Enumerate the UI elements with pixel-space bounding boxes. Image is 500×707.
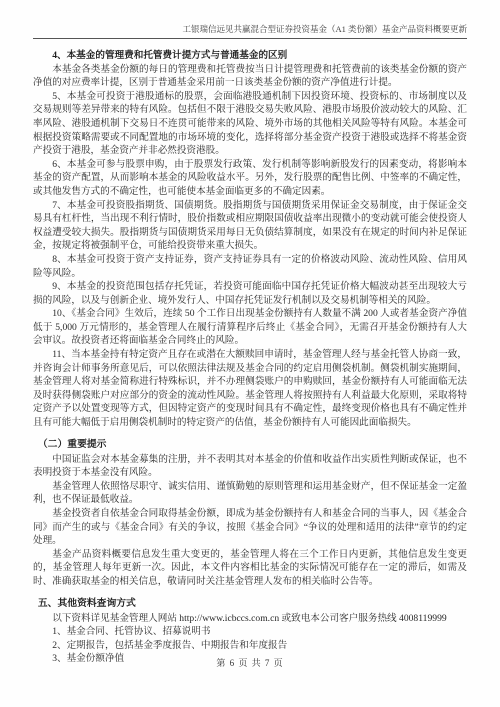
notice-paragraph-1: 中国证监会对本基金募集的注册，并不表明其对本基金的价值和收益作出实质性判断或保证… [33, 453, 467, 480]
notice-paragraph-3: 基金投资者自依基金合同取得基金份额，即成为基金份额持有人和基金合同的当事人，因《… [33, 507, 467, 548]
document-body: 4、本基金的管理费和托管费计提方式与普通基金的区别 本基金各类基金份额的每日的管… [33, 49, 467, 666]
section-notice-heading: （二）重要提示 [33, 438, 467, 452]
risk-paragraph-5: 5、本基金可投资于港股通标的股票，会面临港股通机制下因投资环境、投资标的、市场制… [33, 90, 467, 158]
risk-paragraph-6: 6、本基金可参与股票申购，由于股票发行政策、发行机制等影响新股发行的因素变动，将… [33, 158, 467, 199]
notice-paragraph-4: 基金产品资料概要信息发生重大变更的，基金管理人将在三个工作日内更新，其他信息发生… [33, 548, 467, 589]
risk-item-4-heading: 4、本基金的管理费和托管费计提方式与普通基金的区别 [33, 49, 467, 63]
page-header-title: 工银瑞信远见共赢混合型证券投资基金（A1 类份额）基金产品资料概要更新 [33, 24, 467, 35]
risk-paragraph-4-body: 本基金各类基金份额的每日的管理费和托管费按当日计提管理费和托管费前的该类基金份额… [33, 63, 467, 90]
query-item-2: 2、定期报告，包括基金季度报告、中期报告和年度报告 [33, 639, 467, 653]
query-intro-line: 以下资料详见基金管理人网站 http://www.icbccs.com.cn 或… [33, 612, 467, 626]
risk-paragraph-7: 7、本基金可投资股指期货、国债期货。股指期货与国债期货采用保证金交易制度，由于保… [33, 199, 467, 253]
notice-paragraph-2: 基金管理人依照恪尽职守、诚实信用、谨慎勤勉的原则管理和运用基金财产，但不保证基金… [33, 480, 467, 507]
document-page: 工银瑞信远见共赢混合型证券投资基金（A1 类份额）基金产品资料概要更新 4、本基… [0, 0, 500, 707]
section-query-heading: 五、其他资料查询方式 [33, 597, 467, 611]
risk-paragraph-10: 10、《基金合同》生效后，连续 50 个工作日出现基金份额持有人数量不满 200… [33, 307, 467, 348]
page-footer: 第 6 页 共 7 页 [0, 656, 500, 669]
risk-paragraph-11: 11、当本基金持有特定资产且存在或潜在大额赎回申请时，基金管理人经与基金托管人协… [33, 348, 467, 430]
risk-paragraph-9: 9、本基金的投资范围包括存托凭证，若投资可能面临中国存托凭证价格大幅波动甚至出现… [33, 280, 467, 307]
risk-paragraph-8: 8、本基金可投资于资产支持证券，资产支持证券具有一定的价格波动风险、流动性风险、… [33, 253, 467, 280]
query-item-1: 1、基金合同、托管协议、招募说明书 [33, 625, 467, 639]
header-divider [33, 38, 467, 39]
